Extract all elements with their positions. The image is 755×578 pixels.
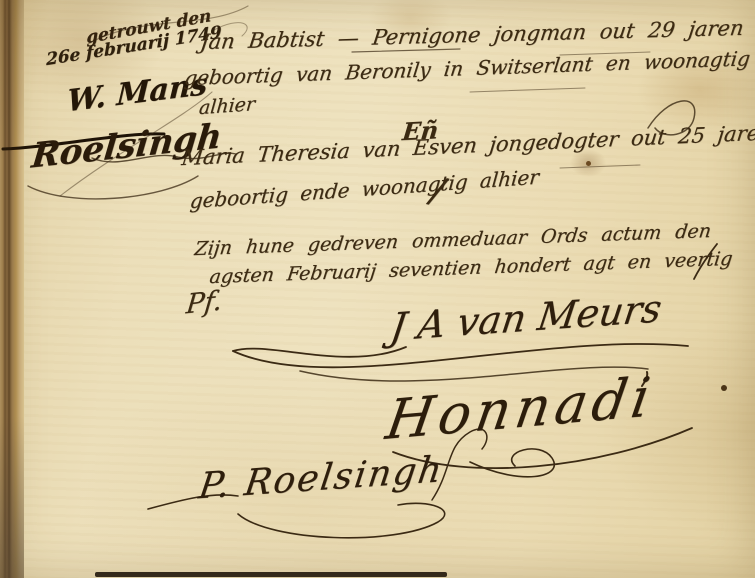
bottom-dark-strip — [95, 572, 447, 577]
signature-roelsingh: P. Roelsingh — [196, 449, 446, 508]
entry-bride-line: Maria Theresia van Esven jongedogter out… — [180, 120, 755, 170]
signature-honnadi: Honnadi — [382, 365, 659, 453]
entry-closing-mark: Pf. — [185, 285, 224, 320]
ink-spot — [721, 385, 727, 391]
entry-bride-origin-line: geboortig ende woonagtig alhier — [189, 165, 540, 214]
book-binding-edge — [0, 0, 24, 578]
signature-van-meurs: J A van Meurs — [388, 286, 665, 349]
ink-spot-small — [586, 161, 591, 166]
entry-groom-residence: alhier — [198, 93, 256, 119]
entry-groom-origin-line: geboortig van Beronily in Switserlant en… — [183, 46, 751, 90]
register-page: getrouwt den 26e februarij 1749 W. Mans … — [0, 0, 755, 578]
